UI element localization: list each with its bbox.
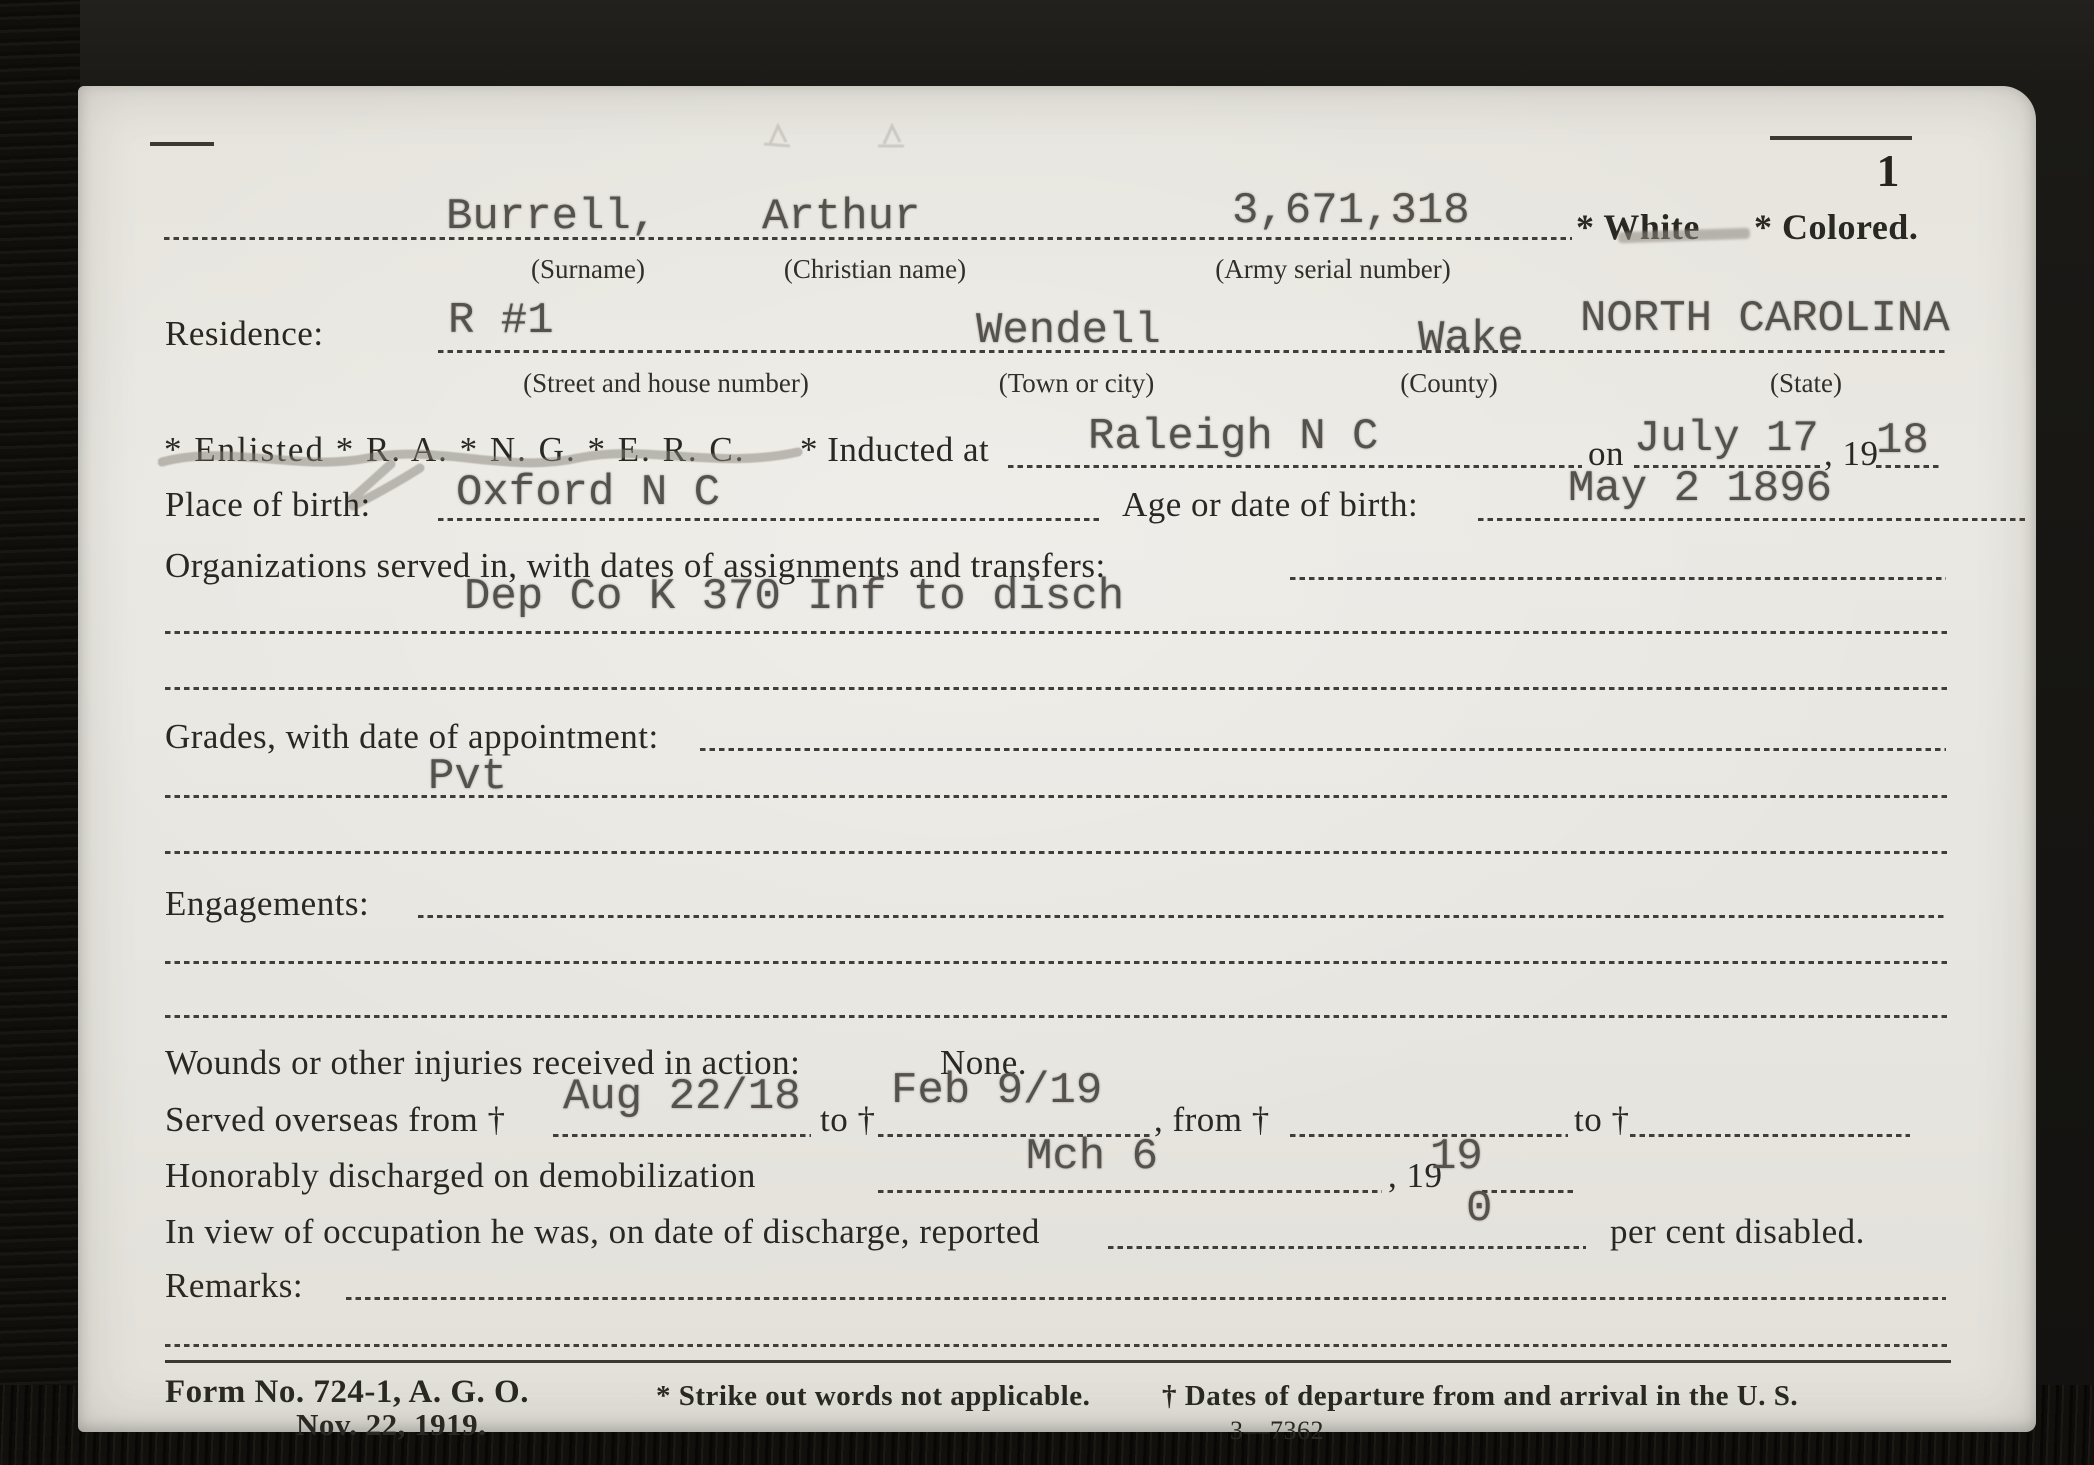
place-of-birth-label: Place of birth: <box>165 485 371 525</box>
pencil-marks <box>678 114 918 154</box>
inducted-date-value: July 17 <box>1634 414 1819 464</box>
street-label: (Street and house number) <box>466 368 866 399</box>
engagements-fill-line-1 <box>165 961 1947 964</box>
disability-label: In view of occupation he was, on date of… <box>165 1212 1040 1252</box>
engagements-label: Engagements: <box>165 884 369 924</box>
grades-label: Grades, with date of appointment: <box>165 717 659 757</box>
town-label: (Town or city) <box>964 368 1189 399</box>
state-value: NORTH CAROLINA <box>1580 294 1950 344</box>
age-value: May 2 1896 <box>1568 464 1832 514</box>
overseas-label: Served overseas from † <box>165 1100 505 1140</box>
town-value: Wendell <box>976 306 1161 356</box>
print-code: 3—7362 <box>1230 1416 1324 1446</box>
engagements-fill-line-0 <box>418 915 1946 918</box>
discharge-date-value: Mch 6 <box>1026 1132 1158 1182</box>
christian-name-label: (Christian name) <box>750 254 1000 285</box>
page-number-overline <box>1770 136 1912 140</box>
residence-label: Residence: <box>165 314 324 354</box>
christian-name-value: Arthur <box>762 192 920 242</box>
bottom-dotted-rule <box>165 1344 1951 1347</box>
organizations-fill-line-0 <box>1290 577 1946 580</box>
county-label: (County) <box>1374 368 1524 399</box>
remarks-fill-line <box>346 1297 1946 1300</box>
form-number: Form No. 724-1, A. G. O. <box>165 1374 529 1411</box>
inducted-place-value: Raleigh N C <box>1088 412 1378 462</box>
background-left-grain <box>0 0 80 1465</box>
discharge-year-fill-line <box>1482 1190 1574 1193</box>
inducted-year-fill-line <box>1876 465 1940 468</box>
top-left-dash <box>150 142 214 146</box>
age-fill-line <box>1478 518 2026 521</box>
serial-number-label: (Army serial number) <box>1178 254 1488 285</box>
disability-value: 0 <box>1466 1184 1492 1234</box>
engagements-fill-line-2 <box>165 1015 1947 1018</box>
state-label: (State) <box>1746 368 1866 399</box>
organizations-value: Dep Co K 370 Inf to disch <box>464 572 1124 622</box>
age-label: Age or date of birth: <box>1122 485 1418 525</box>
discharge-year-value: 19 <box>1430 1132 1483 1182</box>
discharge-date-fill-line <box>878 1190 1382 1193</box>
dates-note: † Dates of departure from and arrival in… <box>1162 1380 1798 1413</box>
bottom-solid-rule <box>165 1360 1951 1363</box>
overseas-from1-value: Aug 22/18 <box>563 1072 801 1122</box>
inducted-year-value: 18 <box>1876 416 1929 466</box>
overseas-to1-value: Feb 9/19 <box>891 1066 1102 1116</box>
surname-value: Burrell, <box>446 192 657 242</box>
disability-fill-line <box>1108 1246 1586 1249</box>
inducted-year-prefix: , 19 <box>1824 434 1879 474</box>
surname-label: (Surname) <box>473 254 703 285</box>
inducted-place-fill-line <box>1008 465 1582 468</box>
residence-fill-line <box>438 350 1948 353</box>
strike-note: * Strike out words not applicable. <box>656 1380 1090 1413</box>
overseas-to-label2: to † <box>1574 1100 1629 1140</box>
name-fill-line <box>164 237 1572 240</box>
grades-fill-line-2 <box>165 851 1947 854</box>
overseas-to2-fill-line <box>1630 1134 1910 1137</box>
scanned-photo-background: 1 Burrell, Arthur 3,671,318 * White * Co… <box>0 0 2094 1465</box>
street-value: R #1 <box>448 296 554 346</box>
overseas-from1-fill-line <box>553 1134 811 1137</box>
service-record-card: 1 Burrell, Arthur 3,671,318 * White * Co… <box>78 86 2036 1432</box>
overseas-from2-fill-line <box>1290 1134 1568 1137</box>
place-of-birth-value: Oxford N C <box>456 468 720 518</box>
organizations-fill-line-2 <box>165 687 1947 690</box>
county-value: Wake <box>1418 314 1524 364</box>
overseas-to-label1: to † <box>820 1100 875 1140</box>
birth-place-fill-line <box>438 518 1100 521</box>
disability-suffix: per cent disabled. <box>1610 1212 1865 1252</box>
grades-fill-line-1 <box>165 795 1947 798</box>
discharge-label: Honorably discharged on demobilization <box>165 1156 756 1196</box>
inducted-at-label: * Inducted at <box>800 430 989 470</box>
colored-option: * Colored. <box>1754 206 1918 248</box>
form-date: Nov. 22, 1919. <box>296 1407 486 1443</box>
overseas-from-label2: , from † <box>1154 1100 1270 1140</box>
remarks-label: Remarks: <box>165 1266 303 1306</box>
page-number: 1 <box>1848 144 1928 197</box>
serial-number-value: 3,671,318 <box>1232 186 1470 236</box>
organizations-fill-line-1 <box>165 631 1947 634</box>
grades-fill-line-0 <box>700 748 1946 751</box>
